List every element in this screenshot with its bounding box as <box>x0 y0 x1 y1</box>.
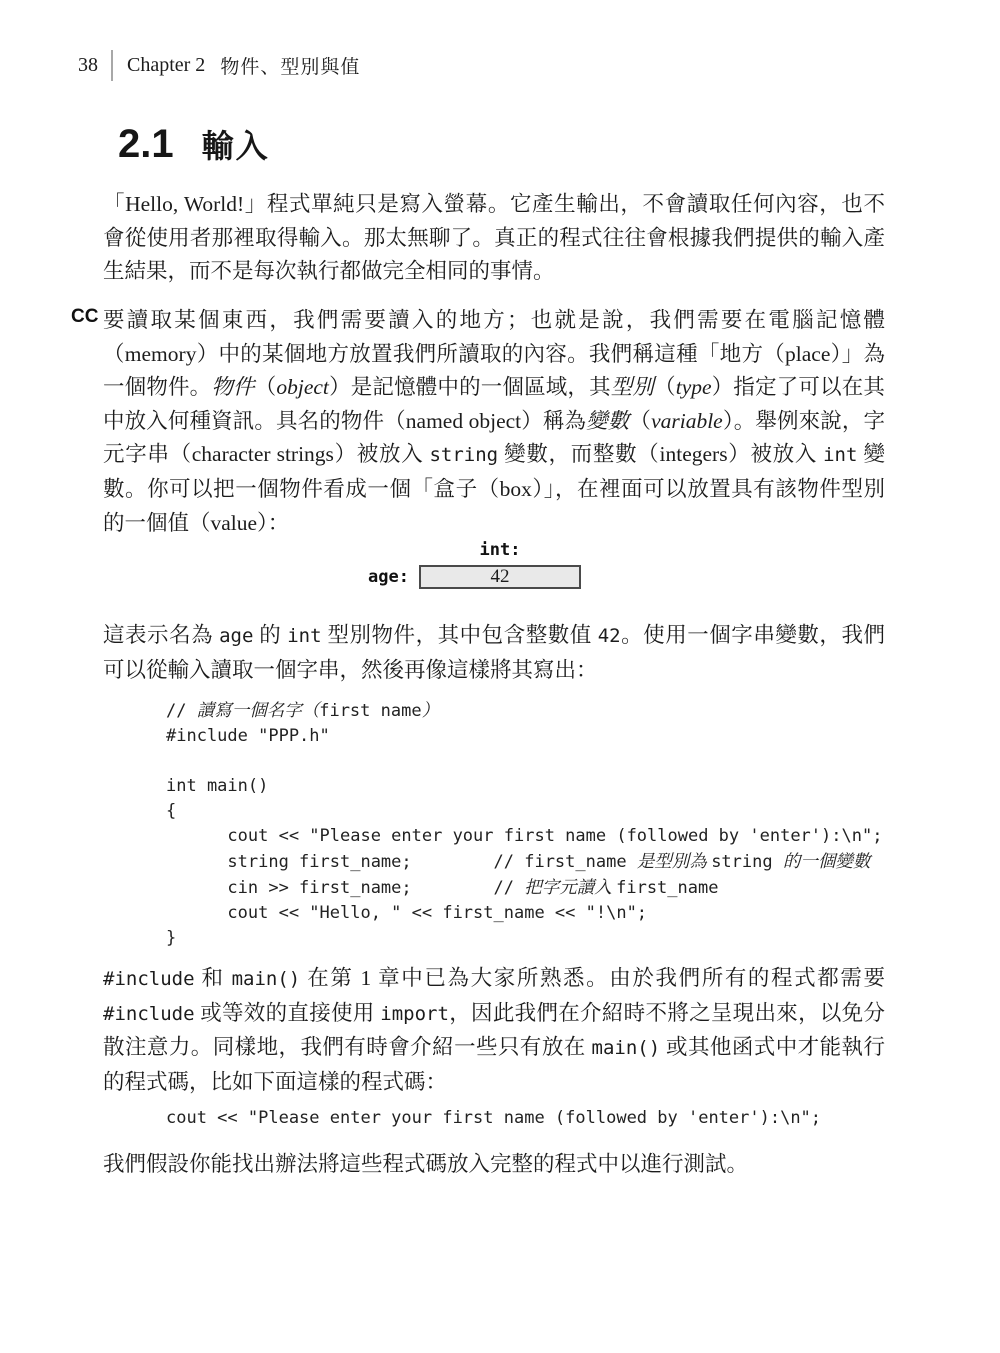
code-listing-first-name: // 讀寫一個名字（first name）#include "PPP.h" in… <box>166 698 882 951</box>
code-line: int main() <box>166 774 882 799</box>
text-segment: 型別物件，其中包含整數值 <box>322 623 598 647</box>
text-segment: first name <box>319 701 421 721</box>
text-segment: 或等效的直接使用 <box>195 1001 381 1025</box>
paragraph-closing: 我們假設你能找出辦法將這些程式碼放入完整的程式中以進行測試。 <box>103 1148 885 1182</box>
text-segment: cout << "Please enter your first name (f… <box>166 1108 821 1128</box>
text-segment: （ <box>255 375 277 399</box>
text-segment: } <box>166 928 176 948</box>
text-segment: #include <box>103 968 195 990</box>
text-segment: variable <box>651 409 723 433</box>
text-segment: cout << "Hello, " << first_name << "!\n"… <box>166 903 647 923</box>
code-line: // 讀寫一個名字（first name） <box>166 698 882 724</box>
text-segment: int main() <box>166 776 268 796</box>
text-segment: object <box>276 375 329 399</box>
text-segment: 變數，而整數（integers）被放入 <box>498 442 823 466</box>
text-segment: age <box>219 625 253 647</box>
chapter-title: 物件、型別與值 <box>220 52 360 79</box>
text-segment: int <box>823 444 857 466</box>
section-title: 輸入 <box>202 121 270 167</box>
text-segment: main() <box>592 1037 661 1059</box>
text-segment: ）是記憶體中的一個區域，其 <box>329 375 611 399</box>
diagram-value-box: 42 <box>419 565 581 589</box>
margin-note-cc: CC <box>71 306 98 328</box>
text-segment: { <box>166 801 176 821</box>
text-segment: 讀寫一個名字（ <box>197 700 320 720</box>
paragraph-intro: 「Hello, World!」程式單純只是寫入螢幕。它產生輸出，不會讀取任何內容… <box>103 188 885 289</box>
text-segment: 「Hello, World!」程式單純只是寫入螢幕。它產生輸出，不會讀取任何內容… <box>103 192 885 283</box>
text-segment: 型別 <box>611 375 654 399</box>
text-segment: 我們假設你能找出辦法將這些程式碼放入完整的程式中以進行測試。 <box>103 1152 748 1176</box>
text-segment: （ <box>629 409 651 433</box>
diagram-value: 42 <box>491 566 510 588</box>
code-line: string first_name; // first_name 是型別為 st… <box>166 849 882 875</box>
paragraph-objects-types: 要讀取某個東西，我們需要讀入的地方；也就是說，我們需要在電腦記憶體（memory… <box>103 304 885 540</box>
text-segment: // <box>166 701 197 721</box>
paragraph-include-main: #include 和 main() 在第 1 章中已為大家所熟悉。由於我們所有的… <box>103 962 885 1099</box>
object-box-diagram: int: age: 42 <box>0 540 1000 589</box>
text-segment: 42 <box>598 625 621 647</box>
diagram-name-label: age: <box>368 567 409 587</box>
section-heading: 2.1 輸入 <box>118 121 270 167</box>
code-line: cin >> first_name; // 把字元讀入 first_name <box>166 875 882 901</box>
text-segment: cout << "Please enter your first name (f… <box>166 826 882 846</box>
diagram-type-label: int: <box>480 540 521 560</box>
text-segment: 的一個變數 <box>783 851 871 871</box>
text-segment: ） <box>422 700 440 720</box>
code-line: cout << "Hello, " << first_name << "!\n"… <box>166 901 882 926</box>
text-segment: cin >> first_name; // <box>166 878 524 898</box>
text-segment: 和 <box>195 966 232 990</box>
text-segment: 的 <box>253 623 287 647</box>
code-line: cout << "Please enter your first name (f… <box>166 824 882 849</box>
text-segment: string <box>711 852 783 872</box>
text-segment: import <box>380 1003 449 1025</box>
chapter-label: Chapter 2 <box>127 54 205 77</box>
code-line: { <box>166 799 882 824</box>
text-segment: #include "PPP.h" <box>166 726 330 746</box>
text-segment: （ <box>654 375 676 399</box>
code-line: } <box>166 926 882 951</box>
running-header: 38 Chapter 2 物件、型別與值 <box>78 50 360 81</box>
paragraph-age-example: 這表示名為 age 的 int 型別物件，其中包含整數值 42。使用一個字串變數… <box>103 619 885 687</box>
text-segment: type <box>676 375 712 399</box>
text-segment: 這表示名為 <box>103 623 219 647</box>
text-segment: 把字元讀入 <box>524 877 616 897</box>
code-line: #include "PPP.h" <box>166 724 882 749</box>
book-page: 38 Chapter 2 物件、型別與值 2.1 輸入 CC 「Hello, W… <box>0 0 1000 1353</box>
diagram-row: age: 42 <box>419 565 581 589</box>
page-number: 38 <box>78 54 98 77</box>
text-segment: int <box>287 625 321 647</box>
text-segment: first_name <box>616 878 718 898</box>
section-number: 2.1 <box>118 122 174 167</box>
header-divider <box>111 50 113 81</box>
code-snippet-cout: cout << "Please enter your first name (f… <box>166 1106 821 1131</box>
text-segment: main() <box>232 968 301 990</box>
text-segment: string first_name; // first_name <box>166 852 637 872</box>
text-segment: 變數 <box>586 409 629 433</box>
text-segment: #include <box>103 1003 195 1025</box>
text-segment: 是型別為 <box>637 851 711 871</box>
code-line <box>166 749 882 774</box>
text-segment: 在第 1 章中已為大家所熟悉。由於我們所有的程式都需要 <box>300 966 885 990</box>
text-segment: 物件 <box>211 375 254 399</box>
text-segment: string <box>429 444 498 466</box>
code-line: cout << "Please enter your first name (f… <box>166 1106 821 1131</box>
